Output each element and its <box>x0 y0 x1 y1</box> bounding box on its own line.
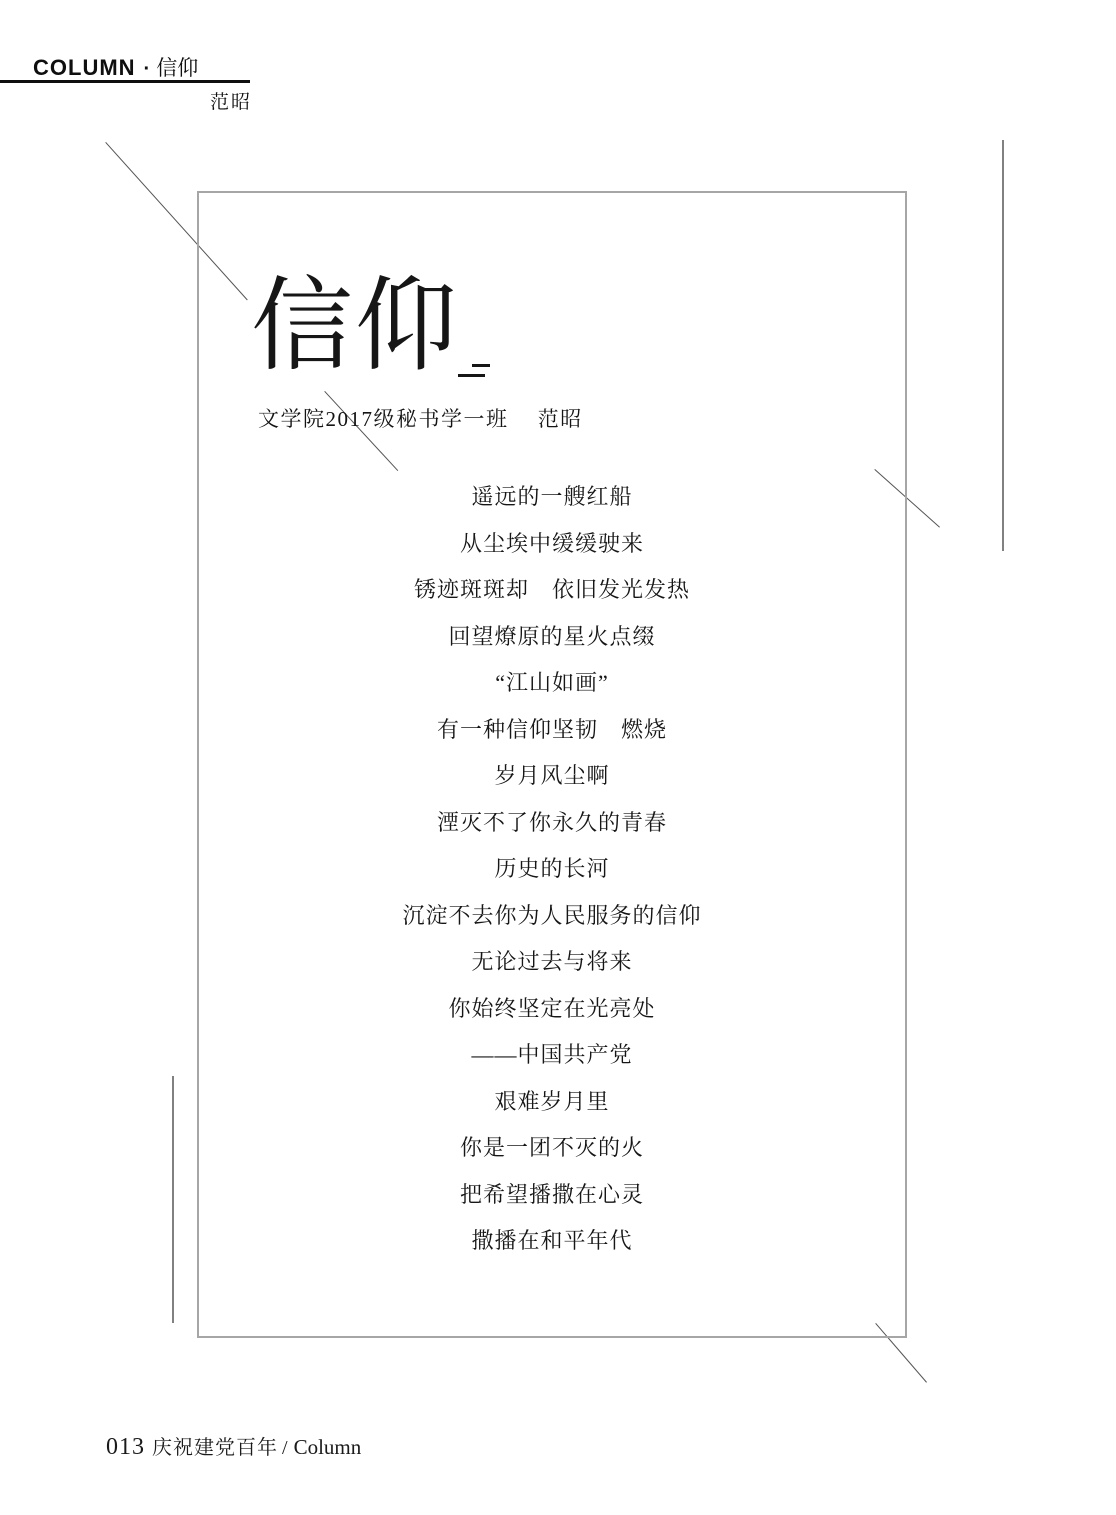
poem-line: 无论过去与将来 <box>197 939 907 986</box>
poem-line: 把希望播撒在心灵 <box>197 1172 907 1219</box>
poem-line: 遥远的一艘红船 <box>197 474 907 521</box>
poem-line: 从尘埃中缓缓驶来 <box>197 521 907 568</box>
poem-line: 回望燎原的星火点缀 <box>197 614 907 661</box>
poem-line: 历史的长河 <box>197 846 907 893</box>
poem-line: 撒播在和平年代 <box>197 1218 907 1265</box>
poem-line: 艰难岁月里 <box>197 1079 907 1126</box>
masthead-rule <box>0 80 250 83</box>
vertical-rule-left <box>172 1076 174 1323</box>
poem-line: 有一种信仰坚韧 燃烧 <box>197 707 907 754</box>
masthead: COLUMN·信仰 <box>33 57 198 79</box>
page-number: 013 <box>106 1434 145 1460</box>
title-accent-stroke-top <box>472 364 490 367</box>
poem-line: 你始终坚定在光亮处 <box>197 986 907 1033</box>
title-accent-stroke-bottom <box>458 374 485 377</box>
masthead-separator-dot: · <box>144 58 151 80</box>
footer-slash: / <box>282 1437 288 1459</box>
masthead-author: 范昭 <box>152 87 252 114</box>
poem-line: 沉淀不去你为人民服务的信仰 <box>197 893 907 940</box>
poem-line: 岁月风尘啊 <box>197 753 907 800</box>
article-byline: 文学院2017级秘书学一班 范昭 <box>258 403 583 433</box>
poem-line: 锈迹斑斑却 依旧发光发热 <box>197 567 907 614</box>
poem-line: “江山如画” <box>197 660 907 707</box>
magazine-page: COLUMN·信仰 范昭 信仰 文学院2017级秘书学一班 范昭 遥远的一艘红船… <box>0 0 1116 1515</box>
poem-line: ——中国共产党 <box>197 1032 907 1079</box>
poem-line: 你是一团不灭的火 <box>197 1125 907 1172</box>
masthead-title-en: COLUMN <box>33 55 136 80</box>
poem-line: 湮灭不了你永久的青春 <box>197 800 907 847</box>
poem-body: 遥远的一艘红船 从尘埃中缓缓驶来 锈迹斑斑却 依旧发光发热 回望燎原的星火点缀 … <box>197 474 907 1265</box>
footer-column-label: Column <box>294 1435 362 1459</box>
article-title: 信仰 <box>251 270 459 382</box>
masthead-title-cn: 信仰 <box>156 57 198 80</box>
footer-section-title: 庆祝建党百年 <box>152 1437 278 1459</box>
vertical-rule-right <box>1002 140 1004 551</box>
page-footer: 013庆祝建党百年/Column <box>106 1432 361 1463</box>
